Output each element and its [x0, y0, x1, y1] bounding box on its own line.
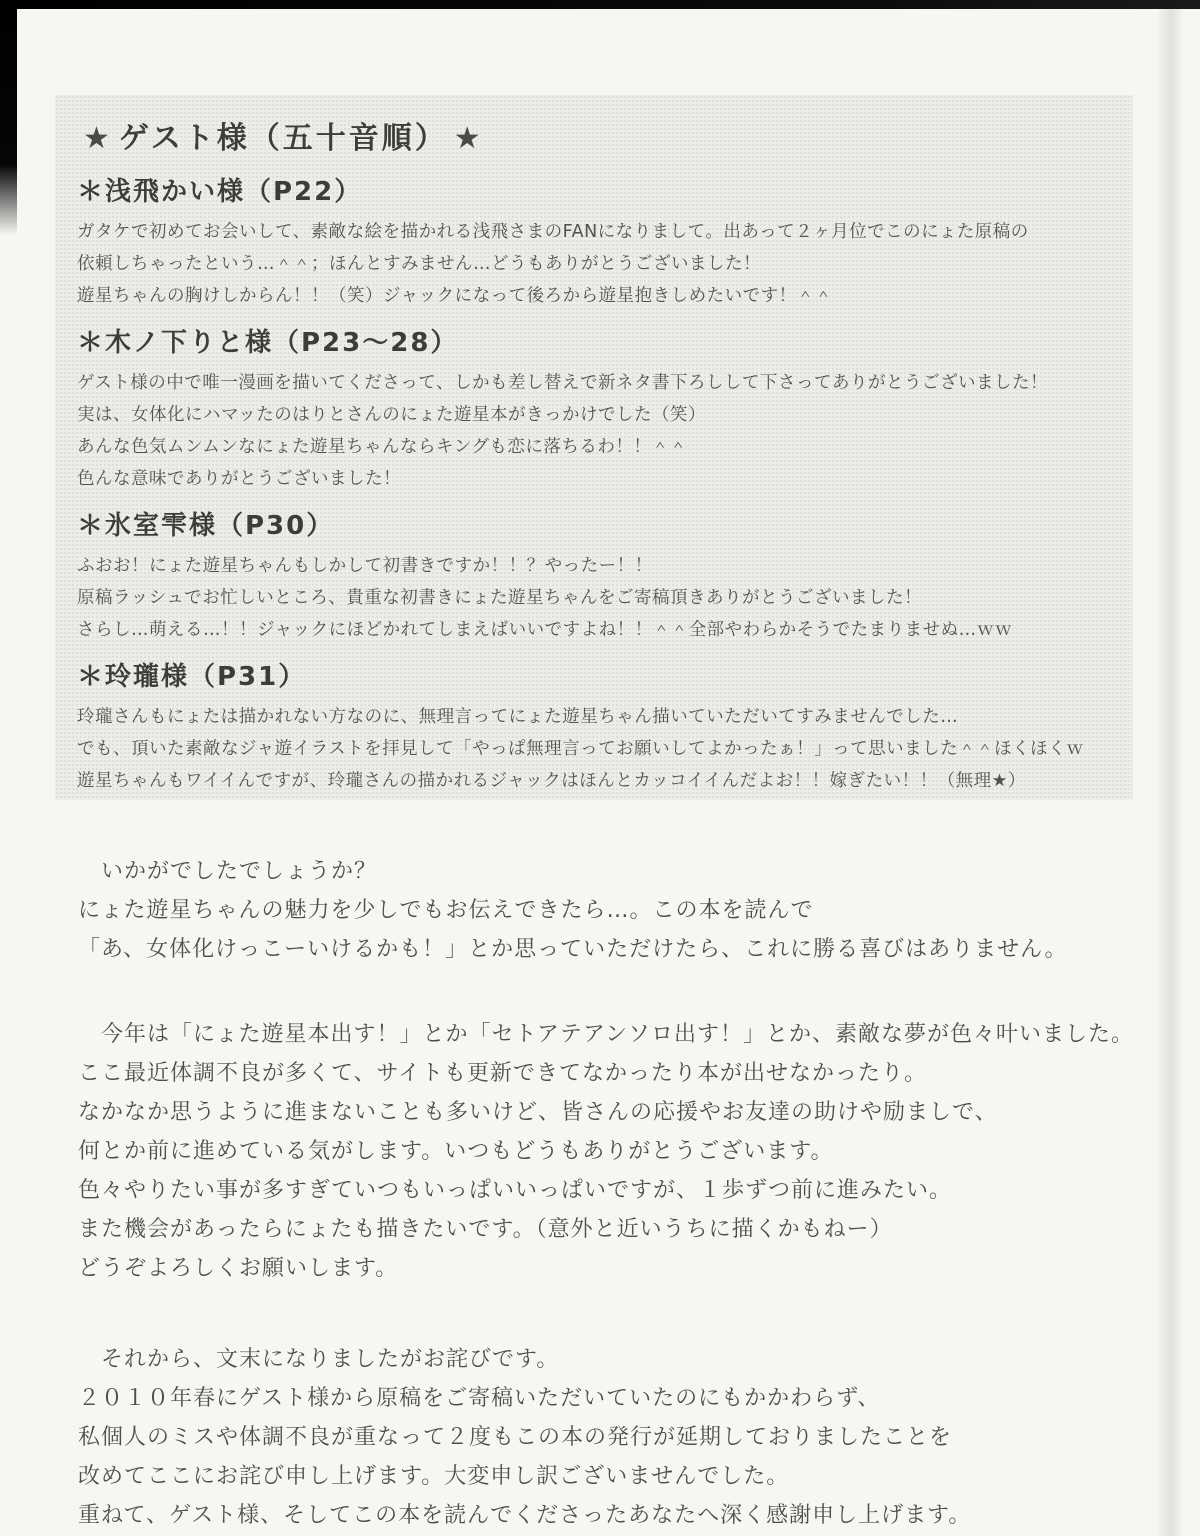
- guest-heading: ＊浅飛かい様（P22）: [77, 171, 1111, 208]
- scan-edge-left: [0, 0, 17, 235]
- guest-comment-line: 遊星ちゃんの胸けしからん！！（笑）ジャックになって後ろから遊星抱きしめたいです！…: [77, 280, 1111, 312]
- guest-section-asahi: ＊浅飛かい様（P22） ガタケで初めてお会いして、素敵な絵を描かれる浅飛さまのF…: [77, 171, 1111, 312]
- afterword-line: 重ねて、ゲスト様、そしてこの本を読んでくださったあなたへ深く感謝申し上げます。: [78, 1496, 1178, 1535]
- afterword-line: ２０１０年春にゲスト様から原稿をご寄稿いただいていたのにもかかわらず、: [78, 1379, 1178, 1418]
- guest-heading: ＊木ノ下りと様（P23〜28）: [77, 322, 1111, 359]
- guest-box-title: ★ゲスト様（五十音順）★: [77, 113, 1111, 157]
- guest-comment-line: 玲瓏さんもにょたは描かれない方なのに、無理言ってにょた遊星ちゃん描いていただいて…: [77, 701, 1111, 733]
- guest-comment-line: さらし…萌える…！！ジャックにほどかれてしまえばいいですよね！！＾＾全部やわらか…: [77, 614, 1111, 646]
- afterword-paragraph-3: それから、文末になりましたがお詫びです。 ２０１０年春にゲスト様から原稿をご寄稿…: [78, 1340, 1178, 1535]
- guest-comment-line: ふおお！にょた遊星ちゃんもしかして初書きですか！！？やったー！！: [77, 550, 1111, 582]
- scan-edge-top: [0, 0, 1200, 9]
- afterword-line: 今年は「にょた遊星本出す！」とか「セトアテアンソロ出す！」とか、素敵な夢が色々叶…: [78, 1015, 1178, 1054]
- guest-section-kinoshita: ＊木ノ下りと様（P23〜28） ゲスト様の中で唯一漫画を描いてくださって、しかも…: [77, 322, 1111, 495]
- afterword-line: ここ最近体調不良が多くて、サイトも更新できてなかったり本が出せなかったり。: [78, 1054, 1178, 1093]
- star-icon: ★: [77, 121, 119, 156]
- guest-heading: ＊玲瓏様（P31）: [77, 656, 1111, 693]
- afterword-line: いかがでしたでしょうか？: [78, 852, 1178, 891]
- guest-section-reirou: ＊玲瓏様（P31） 玲瓏さんもにょたは描かれない方なのに、無理言ってにょた遊星ち…: [77, 656, 1111, 797]
- guest-box-title-text: ゲスト様（五十音順）: [119, 121, 448, 156]
- guest-comment-line: 実は、女体化にハマッたのはりとさんのにょた遊星本がきっかけでした（笑）: [77, 399, 1111, 431]
- guest-comment-line: でも、頂いた素敵なジャ遊イラストを拝見して「やっぱ無理言ってお願いしてよかったぁ…: [77, 733, 1111, 765]
- guest-section-himuro: ＊氷室雫様（P30） ふおお！にょた遊星ちゃんもしかして初書きですか！！？やった…: [77, 505, 1111, 646]
- star-icon: ★: [448, 121, 490, 156]
- guest-comment-line: 色んな意味でありがとうございました！: [77, 463, 1111, 495]
- afterword-line: また機会があったらにょたも描きたいです。（意外と近いうちに描くかもねー）: [78, 1210, 1178, 1249]
- afterword-line: 色々やりたい事が多すぎていつもいっぱいいっぱいですが、１歩ずつ前に進みたい。: [78, 1171, 1178, 1210]
- afterword-line: どうぞよろしくお願いします。: [78, 1249, 1178, 1288]
- afterword-paragraph-1: いかがでしたでしょうか？ にょた遊星ちゃんの魅力を少しでもお伝えできたら…。この…: [78, 852, 1178, 969]
- afterword-line: なかなか思うように進まないことも多いけど、皆さんの応援やお友達の助けや励ましで、: [78, 1093, 1178, 1132]
- afterword-line: 私個人のミスや体調不良が重なって２度もこの本の発行が延期しておりましたことを: [78, 1418, 1178, 1457]
- afterword-line: それから、文末になりましたがお詫びです。: [78, 1340, 1178, 1379]
- afterword-line: 改めてここにお詫び申し上げます。大変申し訳ございませんでした。: [78, 1457, 1178, 1496]
- guest-comment-line: ゲスト様の中で唯一漫画を描いてくださって、しかも差し替えで新ネタ書下ろしして下さ…: [77, 367, 1111, 399]
- guest-comment-line: あんな色気ムンムンなにょた遊星ちゃんならキングも恋に落ちるわ！！＾＾: [77, 431, 1111, 463]
- guest-heading: ＊氷室雫様（P30）: [77, 505, 1111, 542]
- scanned-doujinshi-afterword-page: ★ゲスト様（五十音順）★ ＊浅飛かい様（P22） ガタケで初めてお会いして、素敵…: [0, 0, 1200, 1536]
- guest-comments-box: ★ゲスト様（五十音順）★ ＊浅飛かい様（P22） ガタケで初めてお会いして、素敵…: [55, 95, 1133, 800]
- guest-comment-line: ガタケで初めてお会いして、素敵な絵を描かれる浅飛さまのFANになりまして。出あっ…: [77, 216, 1111, 248]
- afterword-line: 何とか前に進めている気がします。いつもどうもありがとうございます。: [78, 1132, 1178, 1171]
- guest-comment-line: 依頼しちゃったという…＾＾；ほんとすみません…どうもありがとうございました！: [77, 248, 1111, 280]
- afterword-text: いかがでしたでしょうか？ にょた遊星ちゃんの魅力を少しでもお伝えできたら…。この…: [78, 852, 1178, 1535]
- afterword-line: 「あ、女体化けっこーいけるかも！」とか思っていただけたら、これに勝る喜びはありま…: [78, 930, 1178, 969]
- guest-comment-line: 遊星ちゃんもワイイんですが、玲瓏さんの描かれるジャックはほんとカッコイイんだよお…: [77, 765, 1111, 797]
- guest-comment-line: 原稿ラッシュでお忙しいところ、貴重な初書きにょた遊星ちゃんをご寄稿頂きありがとう…: [77, 582, 1111, 614]
- afterword-paragraph-2: 今年は「にょた遊星本出す！」とか「セトアテアンソロ出す！」とか、素敵な夢が色々叶…: [78, 1015, 1178, 1288]
- afterword-line: にょた遊星ちゃんの魅力を少しでもお伝えできたら…。この本を読んで: [78, 891, 1178, 930]
